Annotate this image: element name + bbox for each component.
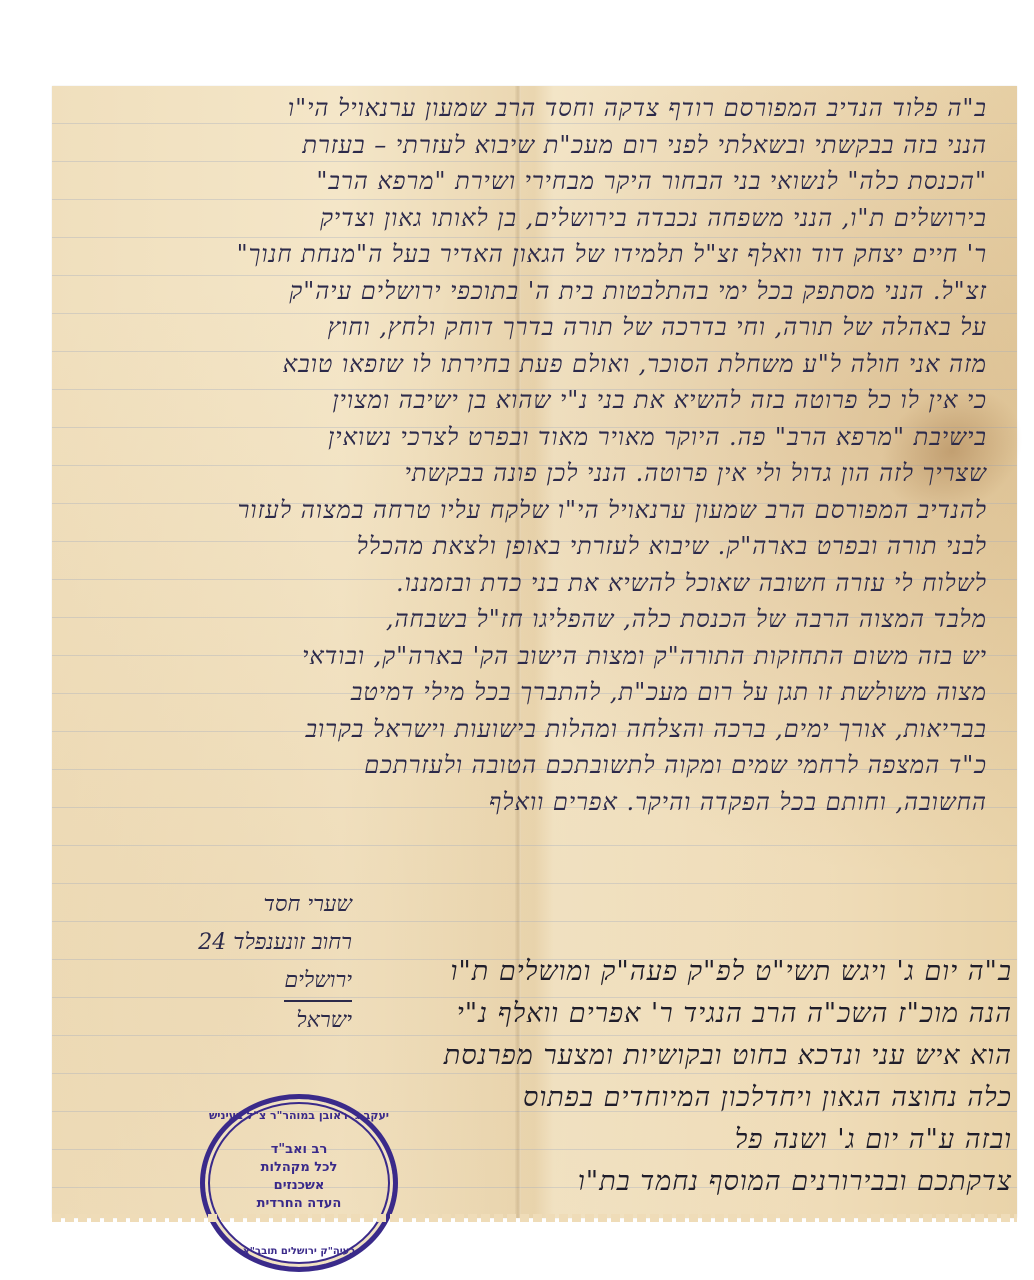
endorsement-line: ובזה ע"ה יום ג' ושנה פל (735, 1124, 1012, 1155)
letter-line: לבני תורה ובפרט בארה"ק. שיבוא לעזרתי באו… (357, 532, 987, 561)
stamp-center: רב ואב"דלכל מקהלותאשכנזיםהעדה החרדית (205, 1141, 393, 1213)
address-line: רחוב זונענפלד 24 (122, 924, 352, 962)
endorsement-line: ב"ה יום ג' ויגש תשי"ט לפ"ק פעה"ק ומושלים… (450, 956, 1012, 987)
letter-paper: ב"ה פלוד הנדיב המפורסם רודף צדקה וחסד הר… (52, 86, 1017, 1218)
letter-line: כי אין לו כל פרוטה בזה להשיא את בני נ"י … (332, 386, 987, 415)
letter-line: מזה אני חולה ל"ע משחלת הסוכר, ואולם פעת … (283, 350, 987, 379)
endorsement-line: צדקתכם ובבירורנים המוסף נחמד בת"ו (578, 1166, 1012, 1197)
stamp-text-line: לכל מקהלות (205, 1159, 393, 1177)
letter-line: שצריך לזה הון גדול ולי אין פרוטה. הנני ל… (405, 459, 987, 488)
rabbinic-stamp: יעקב ג' ראובן במוהר"ר צ"ל בעיניש רב ואב"… (200, 1094, 398, 1272)
letter-line: החשובה, וחותם בכל הפקדה והיקר. אפרים ווא… (489, 788, 987, 817)
letter-line: זצ"ל. הנני מסתפק בכל ימי בהתלבטות בית ה'… (289, 277, 987, 306)
endorsement-line: הוא איש עני ונדכא בחוט ובקושיות ומצער מפ… (444, 1040, 1012, 1071)
letter-line: מצוה משולשת זו תגן על רום מעכ"ת, להתברך … (351, 678, 987, 707)
letter-line: הנני בזה בבקשתי ובשאלתי לפני רום מעכ"ת ש… (302, 131, 987, 160)
endorsement-line: הנה מוכ"ז השכ"ה הרב הנגיד ר' אפרים וואלף… (457, 998, 1012, 1029)
stamp-text-line: העדה החרדית (205, 1195, 393, 1213)
stamp-ring-bottom: בעיה"ק ירושלים תובב"א (205, 1246, 393, 1257)
letter-line: להנדיב המפורסם הרב שמעון ערנאויל הי"ו של… (238, 496, 987, 525)
letter-line: בירושלים ת"ו, הנני משפחה נכבדה בירושלים,… (320, 204, 987, 233)
letter-line: מלבד המצוה הרבה של הכנסת כלה, שהפליגו חז… (386, 605, 987, 634)
letter-line: כ"ד המצפה לרחמי שמים ומקוה לתשובתכם הטוב… (364, 751, 987, 780)
stamp-text-line: אשכנזים (205, 1177, 393, 1195)
address-line: שערי חסד (122, 886, 352, 924)
letter-line: על באהלה של תורה, וחי בדרכה של תורה בדרך… (328, 313, 987, 342)
letter-line: "הכנסת כלה" לנשואי בני הבחור היקר מבחירי… (316, 167, 987, 196)
address-city: ירושלים (284, 962, 352, 1002)
sender-address: שערי חסד רחוב זונענפלד 24 ירושלים ישראל (122, 886, 352, 1040)
letter-line: ר' חיים יצחק דוד וואלף זצ"ל תלמידו של הג… (237, 240, 987, 269)
letter-line: יש בזה משום התחזקות התורה"ק ומצות הישוב … (302, 642, 987, 671)
letter-line: לשלוח לי עזרה חשובה שאוכל להשיא את בני כ… (396, 569, 987, 598)
address-line: ישראל (122, 1002, 352, 1040)
stamp-ring-top: יעקב ג' ראובן במוהר"ר צ"ל בעיניש (205, 1109, 393, 1122)
letter-line: בבריאות, אורך ימים, ברכה והצלחה ומהלות ב… (305, 715, 987, 744)
letter-line: ב"ה פלוד הנדיב המפורסם רודף צדקה וחסד הר… (288, 94, 987, 123)
endorsement-line: כלה נחוצה הגאון ויחדלכון המיוחדים בפתוס (523, 1082, 1012, 1113)
letter-line: בישיבת "מרפא הרב" פה. היוקר מאויר מאוד ו… (328, 423, 987, 452)
stamp-text-line: רב ואב"ד (205, 1141, 393, 1159)
